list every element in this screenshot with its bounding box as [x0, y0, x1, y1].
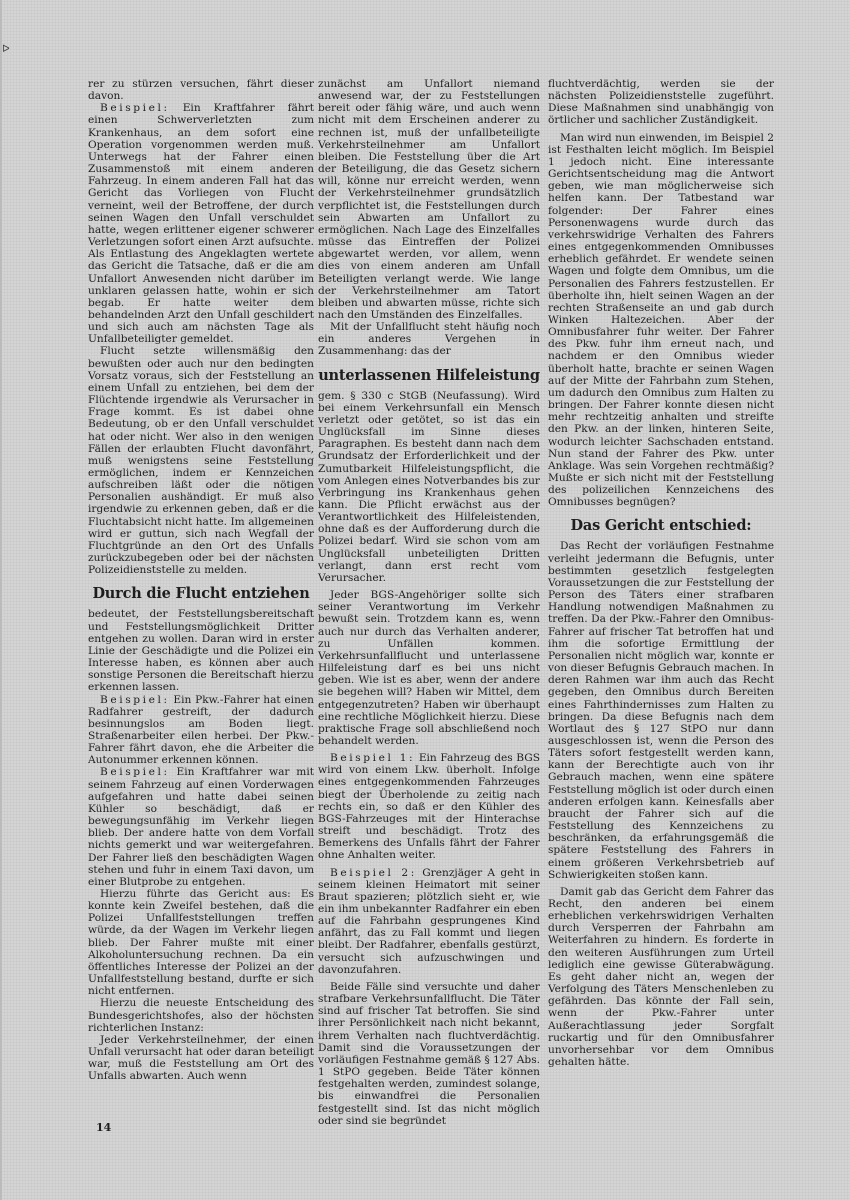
paragraph: Jeder BGS-Angehöriger sollte sich seiner…: [318, 589, 540, 747]
column-1: rer zu stürzen versuchen, fährt dieser d…: [88, 78, 314, 1083]
paragraph: zunächst am Unfallort niemand anwesend w…: [318, 78, 540, 321]
paragraph-text: Ein Kraftfahrer fährt einen Schwerverlet…: [88, 102, 314, 345]
example-label: Beispiel:: [100, 694, 170, 706]
example-label: Beispiel 1:: [330, 752, 415, 764]
paragraph-text: Grenzjäger A geht in seinem kleinen Heim…: [318, 867, 540, 976]
section-heading: Durch die Flucht entziehen: [88, 586, 314, 602]
paragraph: gem. § 330 c StGB (Neufassung). Wird bei…: [318, 390, 540, 585]
paragraph: Beispiel: Ein Kraftfahrer war mit seinem…: [88, 766, 314, 888]
section-heading: unterlassenen Hilfeleistung: [318, 368, 540, 384]
paragraph: Beide Fälle sind versuchte und daher str…: [318, 981, 540, 1127]
paragraph: Man wird nun einwenden, im Beispiel 2 is…: [548, 132, 774, 509]
section-heading: Das Gericht entschied:: [548, 518, 774, 534]
example-label: Beispiel:: [100, 102, 170, 114]
column-2: zunächst am Unfallort niemand anwesend w…: [318, 78, 540, 1127]
document-page: ᐅ rer zu stürzen versuchen, fährt dieser…: [0, 0, 850, 1200]
paragraph: Flucht setzte willensmäßig den bewußten …: [88, 345, 314, 576]
paragraph-text: Ein Kraftfahrer war mit seinem Fahrzeug …: [88, 766, 314, 887]
paragraph: fluchtverdächtig, werden sie der nächste…: [548, 78, 774, 127]
paragraph: Hierzu führte das Gericht aus: Es konnte…: [88, 888, 314, 997]
scan-edge: [0, 0, 2, 1200]
scan-mark-icon: ᐅ: [2, 44, 10, 55]
example-label: Beispiel:: [100, 766, 170, 778]
paragraph-text: Ein Fahrzeug des BGS wird von einem Lkw.…: [318, 752, 540, 861]
paragraph: Das Recht der vorläufigen Festnahme verl…: [548, 540, 774, 880]
paragraph: bedeutet, der Feststellungsbereitschaft …: [88, 608, 314, 693]
paragraph: rer zu stürzen versuchen, fährt dieser d…: [88, 78, 314, 102]
column-3: fluchtverdächtig, werden sie der nächste…: [548, 78, 774, 1068]
paragraph: Jeder Verkehrsteilnehmer, der einen Unfa…: [88, 1034, 314, 1083]
example-label: Beispiel 2:: [330, 867, 417, 879]
paragraph: Beispiel 2: Grenzjäger A geht in seinem …: [318, 867, 540, 976]
paragraph: Beispiel 1: Ein Fahrzeug des BGS wird vo…: [318, 752, 540, 861]
paragraph: Beispiel: Ein Kraftfahrer fährt einen Sc…: [88, 102, 314, 345]
paragraph: Hierzu die neueste Entscheidung des Bund…: [88, 997, 314, 1033]
page-number: 14: [96, 1121, 111, 1134]
paragraph: Mit der Unfallflucht steht häufig noch e…: [318, 321, 540, 357]
paragraph: Damit gab das Gericht dem Fahrer das Rec…: [548, 886, 774, 1068]
paragraph: Beispiel: Ein Pkw.-Fahrer hat einen Radf…: [88, 694, 314, 767]
